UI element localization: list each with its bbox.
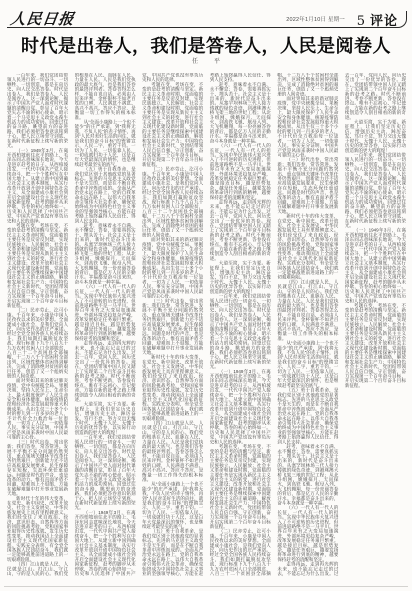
article-paragraph: （一）1949年3月，在离开西柏坡前往北平的路上，毛泽东同志意味深长地说，今天是… [345,228,406,303]
article-body: 一百年来，我们党团结带领人民进行的一切奋斗、一切牺牲、一切创造，都是在向历史、向… [7,73,406,579]
byline: 任 平 [0,59,412,66]
article-paragraph: 面对突如其来的新冠肺炎疫情，党中央统揽全局、果断决策，坚持人民至上、生命至上，最… [7,379,68,440]
article-paragraph: 赶考，意味着永不自满、永不懈怠；答卷，需要真抓实干、埋头苦干。社会主义是干出来的… [210,82,271,143]
headline: 时代是出卷人，我们是答卷人，人民是阅卷人 [0,35,412,57]
page-section-block: 5 评论 [357,10,398,29]
article-paragraph: 新时代十年的伟大变革，在党史、新中国史、改革开放史、社会主义发展史、中华民族发展… [7,496,68,562]
article-paragraph: 面对突如其来的新冠肺炎疫情，党中央统揽全局、果断决策，坚持人民至上、生命至上，最… [142,238,203,299]
masthead-logo: 人民日报 [9,8,76,29]
article-paragraph: （六）一代人有一代人的长征，一代人有一代人的担当。实现中华民族伟大复兴进入了不可… [277,506,338,562]
article-paragraph: 大道至简，实干为要。新征程上，让我们坚定历史自信，增强历史主动，踔厉奋发、笃行不… [75,402,136,435]
section-name: 评论 [370,10,398,29]
article-paragraph: （一）1949年3月，在离开西柏坡前往北平的路上，毛泽东同志意味深长地说，今天是… [7,148,68,223]
article-paragraph: （二）民亦劳止，汔可小康。千百年来，小康是中国人民孜孜以求的美好梦想。全面建成小… [7,308,68,379]
article-paragraph: 一百年来，我们党团结带领人民进行的一切奋斗、一切牺牲、一切创造，都是在向历史、向… [345,153,406,228]
article-paragraph: 走得再远、走到再光辉的未来，也不能忘记走过的过去，不能忘记为什么出发。过去一百年… [210,200,271,261]
article-paragraph: 大道至简，实干为要。新征程上，让我们坚定历史自信，增强历史主动，踔厉奋发、笃行不… [210,261,271,294]
article-paragraph: （二）民亦劳止，汔可小康。千百年来，小康是中国人民孜孜以求的美好梦想。全面建成小… [142,167,203,238]
article-paragraph: 面对突如其来的新冠肺炎疫情，党中央统揽全局、果断决策，坚持人民至上、生命至上，最… [277,97,338,158]
article-paragraph: 考题在变，考场在变，不变的是赶考的清醒与坚定。新民主主义革命时期，党面临的主要任… [345,303,406,388]
article-paragraph: 大道至简，实干为要。新征程上，让我们坚定历史自信，增强历史主动，踔厉奋发、笃行不… [345,120,406,153]
article-paragraph: 新时代十年的伟大变革，在党史、新中国史、改革开放史、社会主义发展史、中华民族发展… [277,214,338,280]
article-paragraph: 一百年来，我们党团结带领人民进行的一切奋斗、一切牺牲、一切创造，都是在向历史、向… [75,435,136,510]
article-paragraph: 赶考，意味着永不自满、永不懈怠；答卷，需要真抓实干、埋头苦干。社会主义是干出来的… [277,445,338,506]
article-paragraph: 从“全面小康路上一个也不能少”的庄严承诺，到“我将无我，不负人民”的赤子情怀，再… [142,482,203,529]
article-paragraph: （三）时代出卷，常出常新；我们答卷，常答常进。发展不平衡不充分问题仍然突出，重点… [142,299,203,355]
page-number: 5 [357,14,365,29]
article-paragraph: 走得再远、走到再光辉的未来，也不能忘记走过的过去，不能忘记为什么出发。过去一百年… [75,341,136,402]
article-paragraph: 一百年来，我们党团结带领人民进行的一切奋斗、一切牺牲、一切创造，都是在向历史、向… [210,294,271,369]
article-paragraph: （六）一代人有一代人的长征，一代人有一代人的担当。实现中华民族伟大复兴进入了不可… [75,285,136,341]
article-paragraph: 赶考，意味着永不自满、永不懈怠；答卷，需要真抓实干、埋头苦干。社会主义是干出来的… [75,224,136,285]
article-paragraph: 考题在变，考场在变，不变的是赶考的清醒与坚定。新民主主义革命时期，党面临的主要任… [142,82,203,167]
article-paragraph: 从“全面小康路上一个也不能少”的庄严承诺，到“我将无我，不负人民”的赤子情怀，再… [75,120,136,167]
article-paragraph: （五）勇于自我革命，是我们党区别于其他政党的显著标志。先进的马克思主义政党不是天… [277,388,338,444]
article-paragraph: （六）一代人有一代人的长征，一代人有一代人的担当。实现中华民族伟大复兴进入了不可… [210,144,271,200]
article-paragraph: （一）1949年3月，在离开西柏坡前往北平的路上，毛泽东同志意味深长地说，今天是… [210,369,271,444]
article-paragraph: （三）时代出卷，常出常新；我们答卷，常答常进。发展不平衡不充分问题仍然突出，重点… [7,440,68,496]
article-paragraph: （四）江山就是人民，人民就是江山。打江山、守江山，守的是人民的心。我们党的根基在… [142,421,203,482]
article-paragraph: 新时代十年的伟大变革，在党史、新中国史、改革开放史、社会主义发展史、中华民族发展… [142,355,203,421]
article-paragraph: 考题在变，考场在变，不变的是赶考的清醒与坚定。新民主主义革命时期，党面临的主要任… [210,445,271,530]
article-paragraph: 从“全面小康路上一个也不能少”的庄严承诺，到“我将无我，不负人民”的赤子情怀，再… [277,341,338,388]
article-paragraph: （五）勇于自我革命，是我们党区别于其他政党的显著标志。先进的马克思主义政党不是天… [75,167,136,223]
article-paragraph: （三）时代出卷，常出常新；我们答卷，常答常进。发展不平衡不充分问题仍然突出，重点… [277,158,338,214]
newspaper-page: 人民日报 2022年1月10日 星期一 5 评论 时代是出卷人，我们是答卷人，人… [0,0,412,591]
article-paragraph: （四）江山就是人民，人民就是江山。打江山、守江山，守的是人民的心。我们党的根基在… [277,280,338,341]
date-text: 2022年1月10日 星期一 [286,17,345,23]
article-paragraph: 一百年来，我们党团结带领人民进行的一切奋斗、一切牺牲、一切创造，都是在向历史、向… [7,73,68,148]
scan-edge-line [4,586,408,587]
article-paragraph: 考题在变，考场在变，不变的是赶考的清醒与坚定。新民主主义革命时期，党面临的主要任… [7,224,68,309]
article-columns: 一百年来，我们党团结带领人民进行的一切奋斗、一切牺牲、一切创造，都是在向历史、向… [7,73,406,579]
